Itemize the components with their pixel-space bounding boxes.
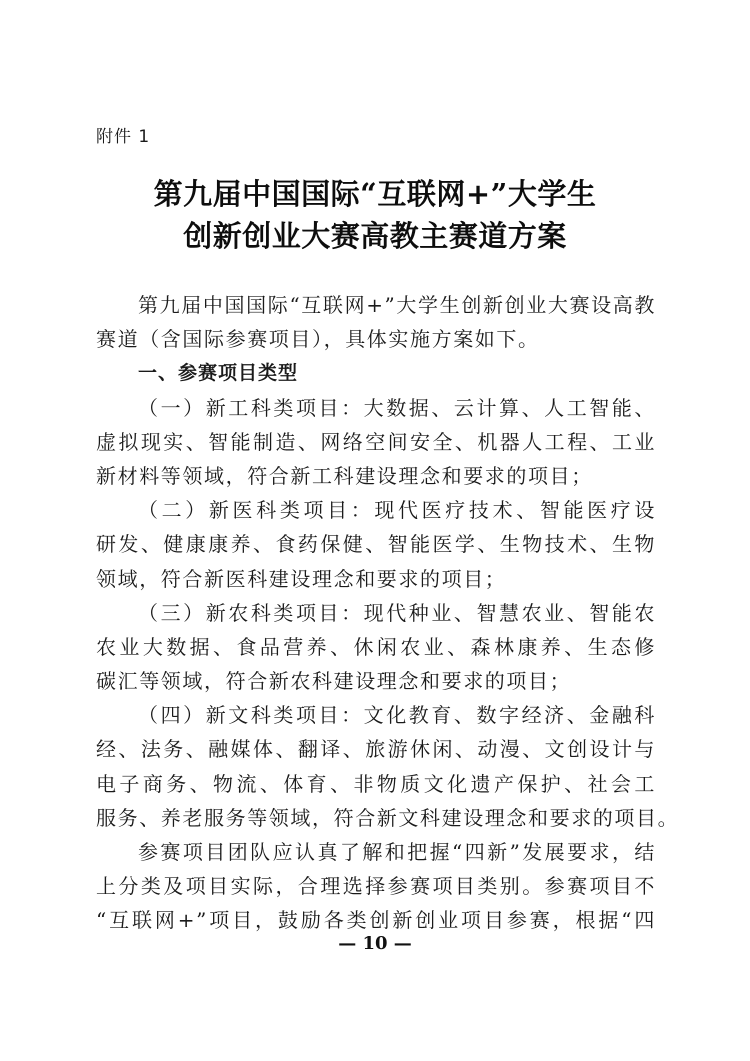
category-3-line-2: 农业大数据、食品营养、休闲农业、森林康养、生态修复、农业 (96, 630, 656, 664)
attachment-label: 附件 1 (96, 122, 150, 147)
category-1-line-3: 新材料等领域，符合新工科建设理念和要求的项目； (96, 459, 656, 493)
category-3-line-3: 碳汇等领域，符合新农科建设理念和要求的项目； (96, 664, 656, 698)
page-number: — 10 — (0, 933, 750, 954)
closing-line-1: 参赛项目团队应认真了解和把握“四新”发展要求，结合以 (96, 835, 656, 869)
category-4-line-2: 经、法务、融媒体、翻译、旅游休闲、动漫、文创设计与开发、 (96, 732, 656, 766)
closing-line-2: 上分类及项目实际，合理选择参赛项目类别。参赛项目不只限于 (96, 869, 656, 903)
intro-line-2: 赛道（含国际参赛项目），具体实施方案如下。 (96, 322, 656, 356)
document-page: 附件 1 第九届中国国际“互联网+”大学生 创新创业大赛高教主赛道方案 第九届中… (0, 0, 750, 1061)
category-3-line-1: （三）新农科类项目：现代种业、智慧农业、智能农机装备、 (96, 596, 656, 630)
document-title-line-2: 创新创业大赛高教主赛道方案 (0, 216, 750, 256)
section-heading: 一、参赛项目类型 (96, 356, 656, 390)
document-body: 第九届中国国际“互联网+”大学生创新创业大赛设高教主 赛道（含国际参赛项目），具… (96, 288, 656, 938)
category-2-line-1: （二）新医科类项目：现代医疗技术、智能医疗设备、新药 (96, 493, 656, 527)
category-4-line-4: 服务、养老服务等领域，符合新文科建设理念和要求的项目。 (96, 801, 656, 835)
intro-line-1: 第九届中国国际“互联网+”大学生创新创业大赛设高教主 (96, 288, 656, 322)
category-2-line-2: 研发、健康康养、食药保健、智能医学、生物技术、生物材料等 (96, 527, 656, 561)
document-title-line-1: 第九届中国国际“互联网+”大学生 (0, 174, 750, 214)
category-4-line-1: （四）新文科类项目：文化教育、数字经济、金融科技、财 (96, 698, 656, 732)
category-4-line-3: 电子商务、物流、体育、非物质文化遗产保护、社会工作、家政 (96, 767, 656, 801)
category-1-line-1: （一）新工科类项目：大数据、云计算、人工智能、区块链、 (96, 391, 656, 425)
category-1-line-2: 虚拟现实、智能制造、网络空间安全、机器人工程、工业自动化、 (96, 425, 656, 459)
category-2-line-3: 领域，符合新医科建设理念和要求的项目； (96, 562, 656, 596)
